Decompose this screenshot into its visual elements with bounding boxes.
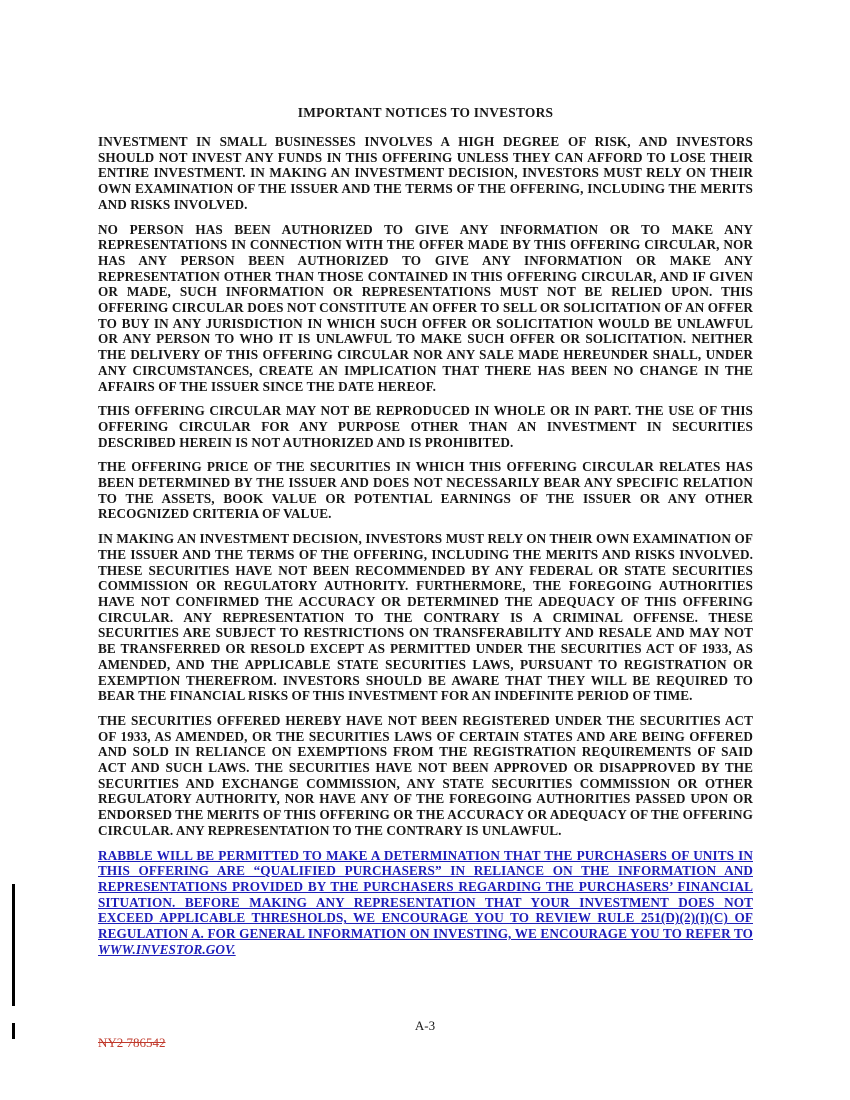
document-body: IMPORTANT NOTICES TO INVESTORS INVESTMEN… bbox=[98, 105, 753, 957]
section-heading: IMPORTANT NOTICES TO INVESTORS bbox=[98, 105, 753, 121]
notice-paragraph: THIS OFFERING CIRCULAR MAY NOT BE REPROD… bbox=[98, 403, 753, 450]
notice-paragraph: IN MAKING AN INVESTMENT DECISION, INVEST… bbox=[98, 531, 753, 704]
inserted-redline-paragraph: RABBLE WILL BE PERMITTED TO MAKE A DETER… bbox=[98, 848, 753, 958]
inserted-paragraph-text: RABBLE WILL BE PERMITTED TO MAKE A DETER… bbox=[98, 848, 753, 942]
investor-gov-url-text: WWW.INVESTOR.GOV. bbox=[98, 942, 236, 957]
notice-paragraph: NO PERSON HAS BEEN AUTHORIZED TO GIVE AN… bbox=[98, 222, 753, 395]
revision-change-bar bbox=[12, 884, 15, 1006]
notice-paragraph: THE OFFERING PRICE OF THE SECURITIES IN … bbox=[98, 459, 753, 522]
page-number: A-3 bbox=[0, 1018, 850, 1034]
document-page: IMPORTANT NOTICES TO INVESTORS INVESTMEN… bbox=[0, 0, 850, 1100]
notice-paragraph: INVESTMENT IN SMALL BUSINESSES INVOLVES … bbox=[98, 134, 753, 213]
notice-paragraph: THE SECURITIES OFFERED HEREBY HAVE NOT B… bbox=[98, 713, 753, 839]
deleted-document-id: NY2 786542 bbox=[98, 1035, 172, 1051]
